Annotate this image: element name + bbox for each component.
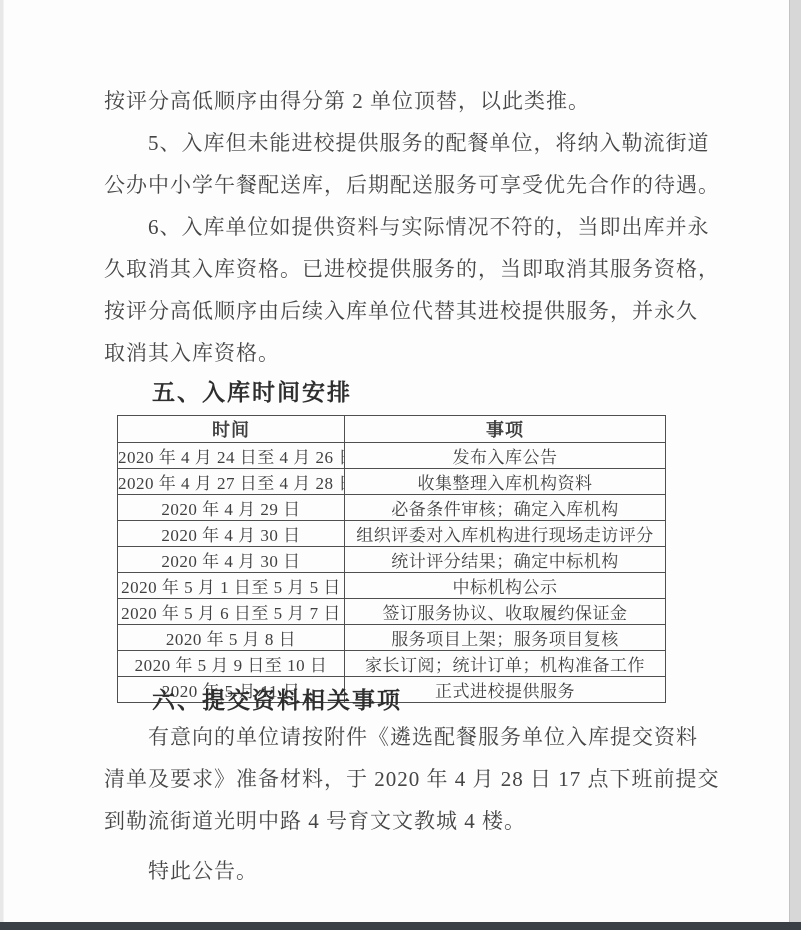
time-column-header: 时间 <box>118 416 345 443</box>
section-6-heading: 六、提交资料相关事项 <box>152 686 402 716</box>
date-cell: 2020 年 4 月 27 日至 4 月 28 日 <box>118 469 345 495</box>
item-column-header: 事项 <box>345 416 666 443</box>
notice-line: 到勒流街道光明中路 4 号育文文教城 4 楼。 <box>104 800 724 842</box>
date-cell: 2020 年 5 月 6 日至 5 月 7 日 <box>118 599 345 625</box>
notice-line: 有意向的单位请按附件《遴选配餐服务单位入库提交资料 <box>104 716 724 758</box>
date-cell: 2020 年 5 月 9 日至 10 日 <box>118 651 345 677</box>
schedule-row: 2020 年 5 月 9 日至 10 日 家长订阅；统计订单；机构准备工作 <box>118 651 666 677</box>
event-cell: 中标机构公示 <box>345 573 666 599</box>
schedule-row: 2020 年 5 月 8 日 服务项目上架；服务项目复核 <box>118 625 666 651</box>
schedule-header-row: 时间 事项 <box>118 416 666 443</box>
scan-left-edge <box>0 0 4 930</box>
event-cell: 统计评分结果；确定中标机构 <box>345 547 666 573</box>
schedule-row: 2020 年 5 月 1 日至 5 月 5 日 中标机构公示 <box>118 573 666 599</box>
event-cell: 家长订阅；统计订单；机构准备工作 <box>345 651 666 677</box>
date-cell: 2020 年 5 月 1 日至 5 月 5 日 <box>118 573 345 599</box>
document-page: { "doc": { "body_lines": [ "按评分高低顺序由得分第 … <box>0 0 801 930</box>
event-cell: 必备条件审核；确定入库机构 <box>345 495 666 521</box>
scan-bottom-bar <box>0 922 801 930</box>
event-cell: 发布入库公告 <box>345 443 666 469</box>
schedule-row: 2020 年 4 月 29 日 必备条件审核；确定入库机构 <box>118 495 666 521</box>
closing-statement: 特此公告。 <box>148 850 768 892</box>
schedule-row: 2020 年 4 月 30 日 统计评分结果；确定中标机构 <box>118 547 666 573</box>
schedule-row: 2020 年 4 月 24 日至 4 月 26 日 发布入库公告 <box>118 443 666 469</box>
paragraph-line: 按评分高低顺序由得分第 2 单位顶替，以此类推。 <box>104 80 724 122</box>
closing-block: 特此公告。 <box>148 850 768 892</box>
scan-right-edge <box>789 0 801 930</box>
schedule-row: 2020 年 5 月 6 日至 5 月 7 日 签订服务协议、收取履约保证金 <box>118 599 666 625</box>
event-cell: 收集整理入库机构资料 <box>345 469 666 495</box>
date-cell: 2020 年 5 月 8 日 <box>118 625 345 651</box>
body-paragraphs: 按评分高低顺序由得分第 2 单位顶替，以此类推。 5、入库但未能进校提供服务的配… <box>104 80 724 374</box>
paragraph-line: 公办中小学午餐配送库，后期配送服务可享受优先合作的待遇。 <box>104 164 724 206</box>
paragraph-line: 按评分高低顺序由后续入库单位代替其进校提供服务，并永久 <box>104 290 724 332</box>
section-6-paragraph: 有意向的单位请按附件《遴选配餐服务单位入库提交资料 清单及要求》准备材料，于 2… <box>104 716 724 842</box>
paragraph-line: 取消其入库资格。 <box>104 332 724 374</box>
event-cell: 服务项目上架；服务项目复核 <box>345 625 666 651</box>
date-cell: 2020 年 4 月 29 日 <box>118 495 345 521</box>
paragraph-line: 久取消其入库资格。已进校提供服务的，当即取消其服务资格， <box>104 248 724 290</box>
date-cell: 2020 年 4 月 30 日 <box>118 521 345 547</box>
date-cell: 2020 年 4 月 24 日至 4 月 26 日 <box>118 443 345 469</box>
schedule-table: 时间 事项 2020 年 4 月 24 日至 4 月 26 日 发布入库公告 2… <box>117 415 666 703</box>
schedule-row: 2020 年 4 月 30 日 组织评委对入库机构进行现场走访评分 <box>118 521 666 547</box>
notice-line: 清单及要求》准备材料，于 2020 年 4 月 28 日 17 点下班前提交 <box>104 758 724 800</box>
paragraph-line: 6、入库单位如提供资料与实际情况不符的，当即出库并永 <box>104 206 724 248</box>
schedule-row: 2020 年 4 月 27 日至 4 月 28 日 收集整理入库机构资料 <box>118 469 666 495</box>
event-cell: 组织评委对入库机构进行现场走访评分 <box>345 521 666 547</box>
date-cell: 2020 年 4 月 30 日 <box>118 547 345 573</box>
section-5-heading: 五、入库时间安排 <box>152 378 352 408</box>
paragraph-line: 5、入库但未能进校提供服务的配餐单位，将纳入勒流街道 <box>104 122 724 164</box>
event-cell: 签订服务协议、收取履约保证金 <box>345 599 666 625</box>
